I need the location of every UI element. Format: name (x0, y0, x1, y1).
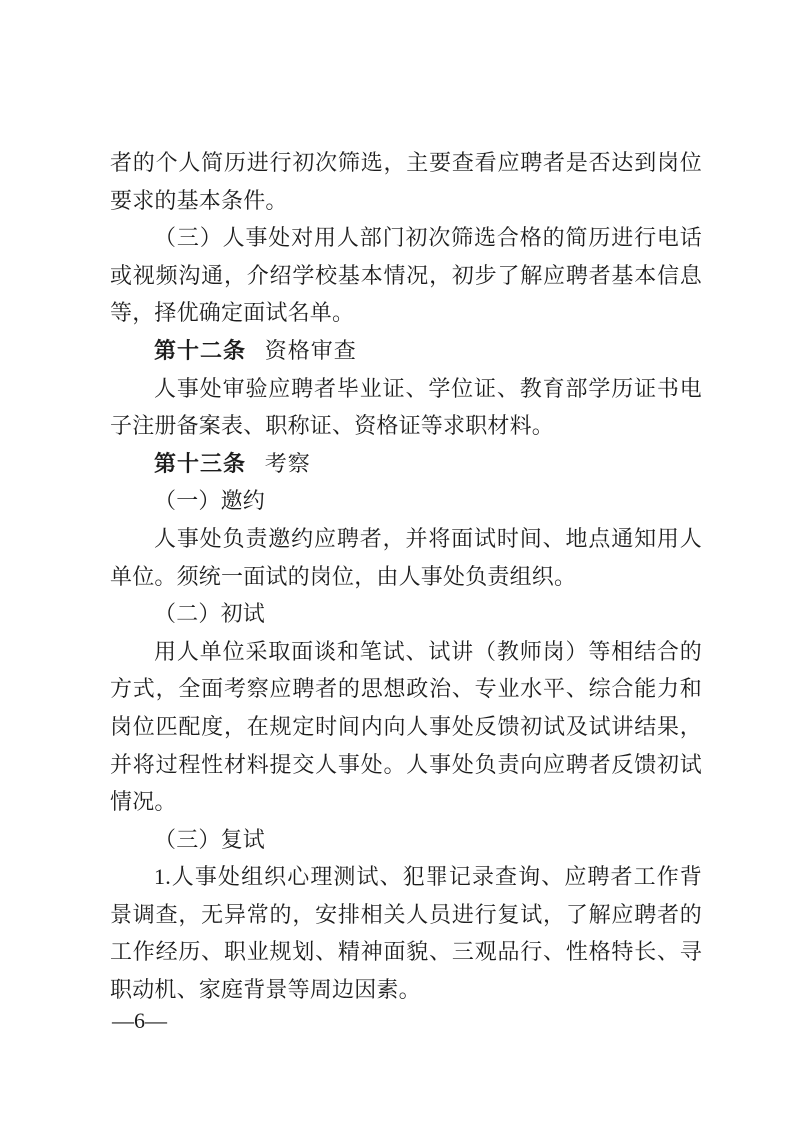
document-page: 者的个人简历进行初次筛选，主要查看应聘者是否达到岗位要求的基本条件。 （三）人事… (0, 0, 794, 1122)
document-body: 者的个人简历进行初次筛选，主要查看应聘者是否达到岗位要求的基本条件。 （三）人事… (110, 144, 702, 1009)
paragraph-qualification-review: 人事处审验应聘者毕业证、学位证、教育部学历证书电子注册备案表、职称证、资格证等求… (110, 370, 702, 445)
page-number: —6— (112, 1006, 167, 1036)
article-heading-12: 第十二条资格审查 (110, 332, 702, 370)
paragraph-continuation: 者的个人简历进行初次筛选，主要查看应聘者是否达到岗位要求的基本条件。 (110, 144, 702, 219)
article-title: 资格审查 (265, 338, 357, 363)
paragraph-item-3-resume-screening: （三）人事处对用人部门初次筛选合格的简历进行电话或视频沟通，介绍学校基本情况，初… (110, 219, 702, 332)
paragraph-subhead-invitation: （一）邀约 (110, 482, 702, 520)
article-number: 第十三条 (154, 451, 246, 476)
article-number: 第十二条 (154, 338, 246, 363)
paragraph-subhead-first-interview: （二）初试 (110, 595, 702, 633)
paragraph-first-interview-detail: 用人单位采取面谈和笔试、试讲（教师岗）等相结合的方式，全面考察应聘者的思想政治、… (110, 633, 702, 821)
article-title: 考察 (265, 451, 311, 476)
paragraph-invitation-detail: 人事处负责邀约应聘者，并将面试时间、地点通知用人单位。须统一面试的岗位，由人事处… (110, 520, 702, 595)
paragraph-subhead-second-interview: （三）复试 (110, 821, 702, 859)
article-heading-13: 第十三条考察 (110, 445, 702, 483)
paragraph-second-interview-detail: 1.人事处组织心理测试、犯罪记录查询、应聘者工作背景调查，无异常的，安排相关人员… (110, 858, 702, 1008)
